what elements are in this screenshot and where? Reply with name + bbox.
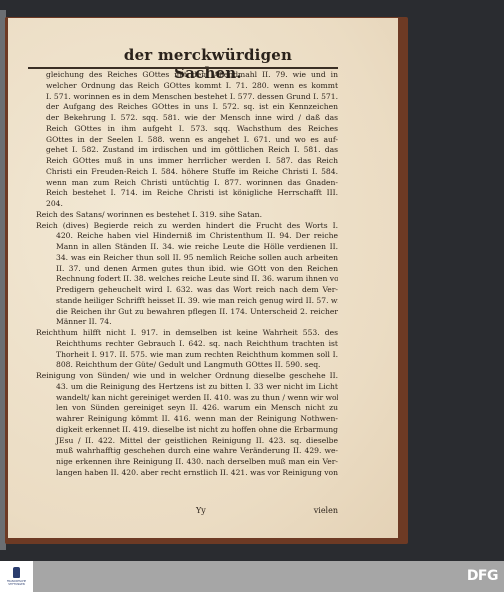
text-line: wenn man zum Reich Christi untüchtig I. … (46, 178, 338, 189)
text-line: Predigern geheuchelt wird I. 632. was da… (46, 285, 338, 296)
text-line: der Bekehrung I. 572. sqq. 581. wie der … (46, 113, 338, 124)
text-line: II. 37. und denen Armen gutes thun ibid.… (46, 264, 338, 275)
text-line: langen haben II. 420. aber recht ernstli… (46, 468, 338, 479)
logo-text-line-2: STIFTUNGEN (8, 583, 24, 586)
text-line: Männer II. 74. (46, 317, 338, 328)
text-line: welcher Ordnung das Reich GOttes kommt I… (46, 81, 338, 92)
text-line: wandelt/ kan nicht gereiniget werden II.… (46, 393, 338, 404)
text-line: 43. um die Reinigung des Hertzens ist zu… (46, 382, 338, 393)
text-line: Mann in allen Ständen II. 34. wie reiche… (46, 242, 338, 253)
text-line: 34. was ein Reicher thun soll II. 95 nem… (46, 253, 338, 264)
text-line: Reich GOttes in ihm aufgeht I. 573. sqq.… (46, 124, 338, 135)
text-line: Christi ein Freuden-Reich I. 584. höhere… (46, 167, 338, 178)
index-text: gleichung des Reiches GOttes mit dem Abe… (46, 70, 338, 479)
viewer-footer: FRANCKESCHE STIFTUNGEN DFG (0, 561, 504, 592)
signature-mark: Yy (196, 506, 206, 515)
dfg-logo[interactable]: DFG (467, 568, 498, 584)
text-line: I. 571. worinnen es in dem Menschen best… (46, 92, 338, 103)
text-line: len von Sünden gereiniget seyn II. 426. … (46, 403, 338, 414)
text-line: wahrer Reinigung kömmt II. 416. wenn man… (46, 414, 338, 425)
scan-viewport: der merckwürdigen Sachen. gleichung des … (0, 0, 504, 561)
text-line: Thorheit I. 917. II. 575. wie man zum re… (46, 350, 338, 361)
text-line: digkeit erkennet II. 419. dieselbe ist n… (46, 425, 338, 436)
text-line: gleichung des Reiches GOttes mit dem Abe… (46, 70, 338, 81)
text-line: muß wahrhafftig geschehen durch eine wah… (46, 446, 338, 457)
francke-foundations-logo[interactable]: FRANCKESCHE STIFTUNGEN (0, 561, 33, 592)
text-line: nige erkennen ihre Reinigung II. 430. na… (46, 457, 338, 468)
header-rule (28, 67, 338, 69)
text-line: JEsu / II. 422. Mittel der geistlichen R… (46, 436, 338, 447)
text-line: der Aufgang des Reiches GOttes in uns I.… (46, 102, 338, 113)
text-line: Reichthums rechter Gebrauch I. 642. sq. … (46, 339, 338, 350)
text-line: Rechnung fodert II. 38. welches reiche L… (46, 274, 338, 285)
text-line: 420. Reiche haben viel Hinderniß im Chri… (46, 231, 338, 242)
text-line: 808. Reichthum der Güte/ Gedult und Lang… (46, 360, 338, 371)
text-line: stande heiliger Schrifft heisset II. 39.… (46, 296, 338, 307)
text-line: GOttes in der Seelen I. 588. wenn es ang… (46, 135, 338, 146)
text-line: Reich (dives) Begierde reich zu werden h… (36, 221, 338, 232)
text-line: gehet I. 582. Zustand im irdischen und i… (46, 145, 338, 156)
text-line: Reich des Satans/ worinnen es bestehet I… (36, 210, 338, 221)
text-line: Reich GOttes muß in uns immer herrlicher… (46, 156, 338, 167)
text-line: Reichthum hilfft nicht I. 917. in demsel… (36, 328, 338, 339)
book-page: der merckwürdigen Sachen. gleichung des … (8, 18, 398, 538)
pelican-icon (13, 567, 20, 578)
catchline: Yy vielen (46, 506, 338, 518)
text-line: 204. (46, 199, 338, 210)
text-line: Reinigung von Sünden/ wie und in welcher… (36, 371, 338, 382)
text-line: Reich bestehet I. 714. im Reiche Christi… (46, 188, 338, 199)
text-line: die Reichen ihr Gut zu bewahren pflegen … (46, 307, 338, 318)
catchword: vielen (314, 506, 338, 515)
